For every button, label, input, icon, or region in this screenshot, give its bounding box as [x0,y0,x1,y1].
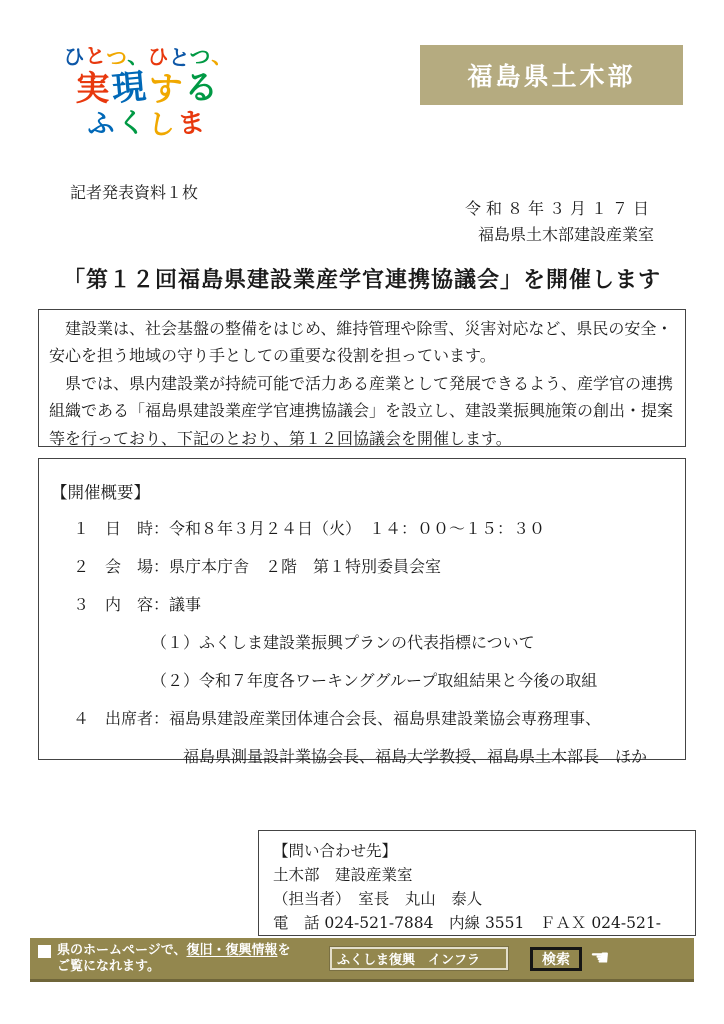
overview-item-venue: ２ 会 場：県庁本庁舎 ２階 第１特別委員会室 [51,553,673,580]
contact-person: （担当者） 室長 丸山 泰人 [273,887,681,911]
department-box: 福島県土木部 [420,45,683,105]
overview-item-attendees: ４ 出席者：福島県建設産業団体連合会長、福島県建設業協会専務理事、 [51,705,673,732]
fukushima-brand-logo: ひとつ、ひとつ、 実現する ふくしま [55,46,240,140]
square-bullet-icon [38,945,51,958]
footer-text: 県のホームページで、復旧・復興情報を ご覧になれます。 [57,943,322,975]
overview-item-agenda-1: （１）ふくしま建設業振興プランの代表指標について [51,629,673,656]
overview-item-attendees-2: 福島県測量設計業協会長、福島大学教授、福島県土木部長 ほか [51,743,673,770]
press-release-page: ひとつ、ひとつ、 実現する ふくしま 記者発表資料１枚 福島県土木部 令和８年３… [0,0,724,1024]
department-name: 福島県土木部 [467,57,635,93]
overview-item-agenda-2: （２）令和７年度各ワーキンググループ取組結果と今後の取組 [51,667,673,694]
intro-paragraph-1: 建設業は、社会基盤の整備をはじめ、維持管理や除雪、災害対応など、県民の安全・安心… [49,315,675,370]
overview-heading: 【開催概要】 [51,479,673,503]
overview-item-contents: ３ 内 容：議事 [51,591,673,618]
intro-box: 建設業は、社会基盤の整備をはじめ、維持管理や除雪、災害対応など、県民の安全・安心… [38,309,686,447]
footer-recovery-info-link[interactable]: 復旧・復興情報 [186,943,277,958]
logo-line-1: ひとつ、ひとつ、 [55,46,240,69]
release-date: 令和８年３月１７日 [465,196,654,222]
contact-office: 土木部 建設産業室 [273,863,681,887]
logo-line-2: 実現する [55,71,240,108]
overview-item-datetime: １ 日 時：令和８年３月２４日（火） １４：００～１５：３０ [51,515,673,542]
logo-line-3: ふくしま [55,110,240,140]
footer-text-line2: ご覧になれます。 [57,959,322,975]
issuing-office: 福島県土木部建設産業室 [465,222,654,248]
overview-box: 【開催概要】 １ 日 時：令和８年３月２４日（火） １４：００～１５：３０ ２ … [38,458,686,760]
intro-paragraph-2: 県では、県内建設業が持続可能で活力ある産業として発展できるよう、産学官の連携組織… [49,370,675,452]
contact-box: 【問い合わせ先】 土木部 建設産業室 （担当者） 室長 丸山 泰人 電 話 02… [258,830,696,936]
footer-bar: 県のホームページで、復旧・復興情報を ご覧になれます。 ふくしま復興 インフラ … [30,938,694,982]
hand-pointer-icon: ☚ [590,948,610,970]
search-input[interactable]: ふくしま復興 インフラ [330,947,508,970]
contact-heading: 【問い合わせ先】 [273,839,681,863]
date-block: 令和８年３月１７日 福島県土木部建設産業室 [465,196,654,248]
press-material-label: 記者発表資料１枚 [70,180,198,203]
footer-text-post: を [278,943,291,958]
footer-text-pre: 県のホームページで、 [57,943,186,958]
document-title: 「第１２回福島県建設業産学官連携協議会」を開催します [0,263,724,294]
search-button[interactable]: 検索 [530,947,582,971]
